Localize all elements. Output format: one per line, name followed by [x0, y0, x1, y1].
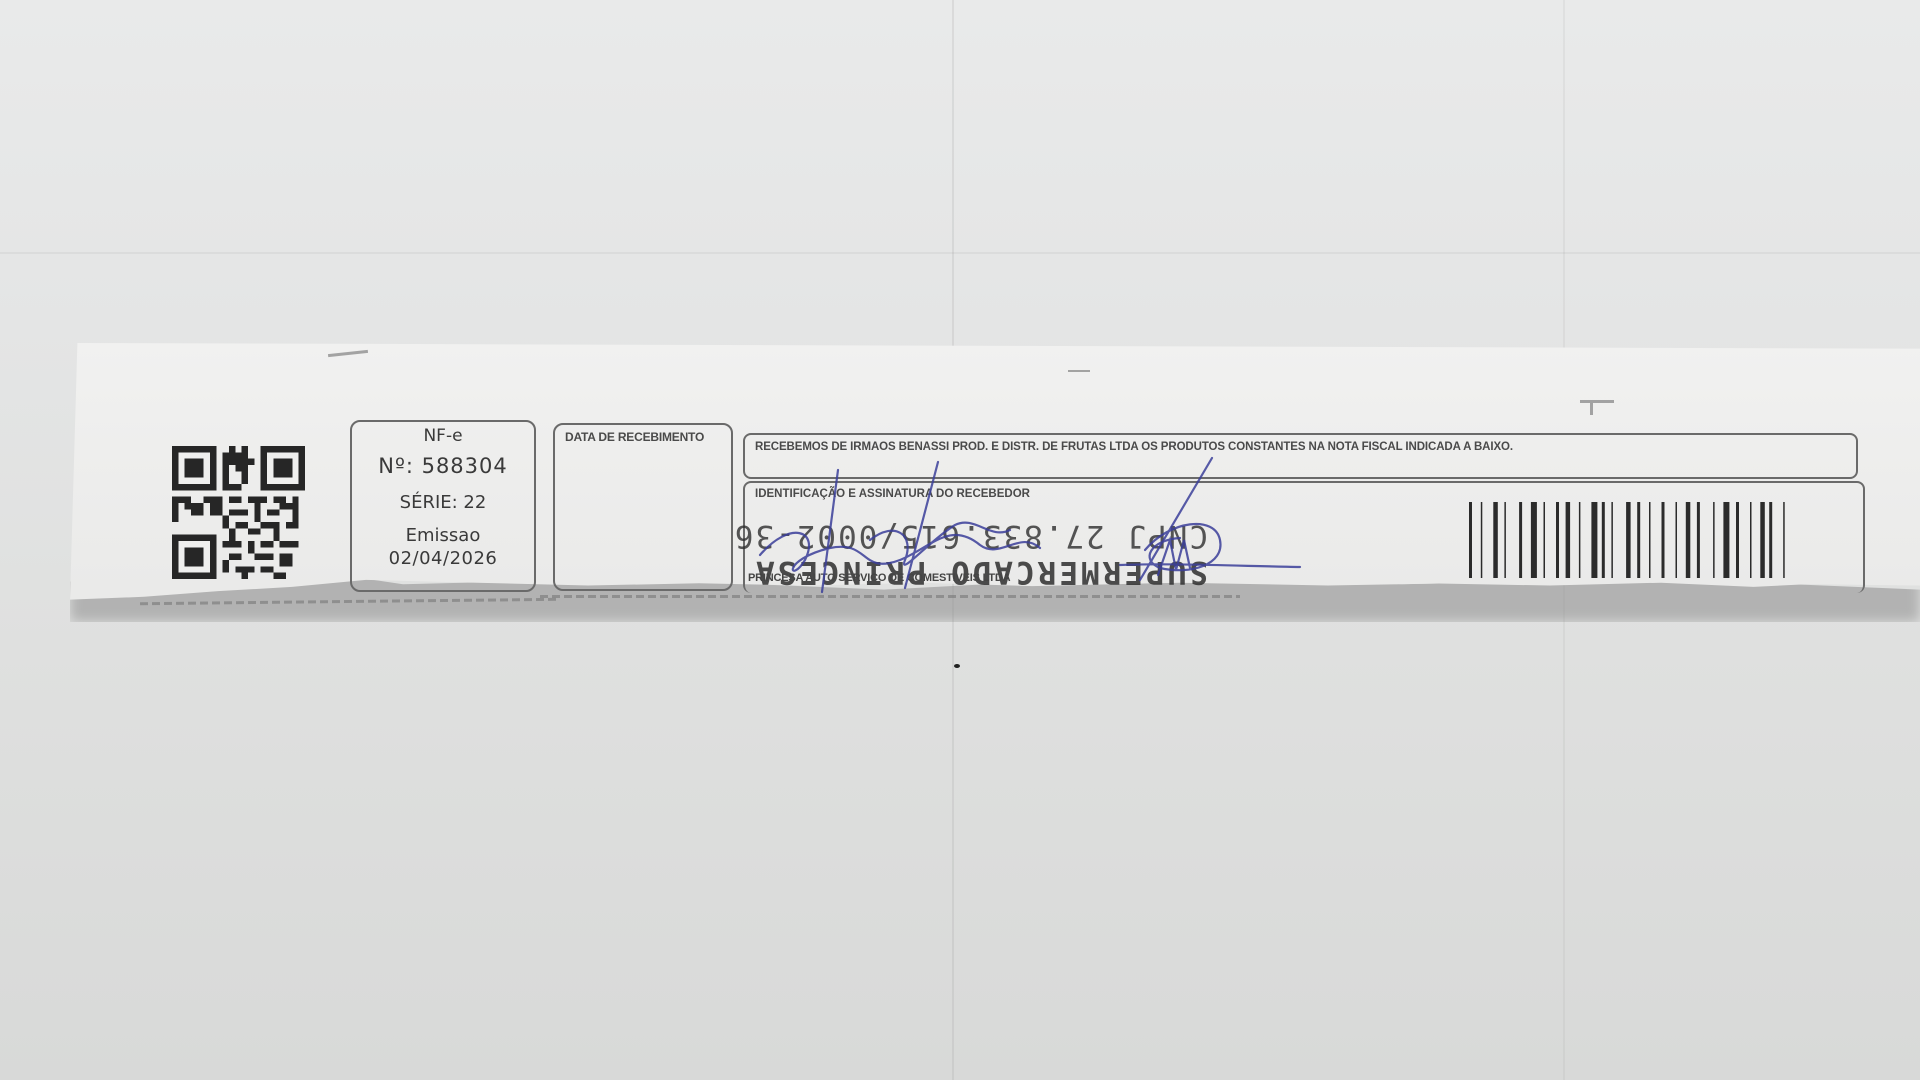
nfe-issue-label: Emissao — [352, 525, 534, 546]
background-fold-crease — [0, 252, 1920, 254]
nfe-series: SÉRIE: 22 — [352, 492, 534, 513]
dust-mark — [1580, 400, 1614, 403]
stamp-cnpj: CNPJ 27.833.615/0002-36 — [688, 518, 1208, 554]
qr-code-icon — [168, 446, 309, 579]
paper-speck — [954, 664, 960, 668]
receipt-statement-text: RECEBEMOS DE IRMAOS BENASSI PROD. E DIST… — [755, 441, 1856, 453]
nfe-info-box: NF-e Nº: 588304 SÉRIE: 22 Emissao 02/04/… — [350, 420, 536, 592]
dust-mark — [1068, 370, 1090, 372]
barcode-icon — [1465, 502, 1837, 582]
perforation-line — [540, 595, 1240, 598]
receipt-statement-box: RECEBEMOS DE IRMAOS BENASSI PROD. E DIST… — [743, 433, 1858, 479]
nfe-title: NF-e — [352, 426, 534, 446]
nfe-number: Nº: 588304 — [352, 454, 534, 478]
receipt-date-label: DATA DE RECEBIMENTO — [565, 430, 731, 444]
nfe-issue-date: 02/04/2026 — [352, 548, 534, 569]
dust-mark — [1590, 403, 1593, 415]
stamp-legal-name: PRINCESA AUTO SERVICO DE COMESTIVEIS LTD… — [748, 572, 1010, 584]
